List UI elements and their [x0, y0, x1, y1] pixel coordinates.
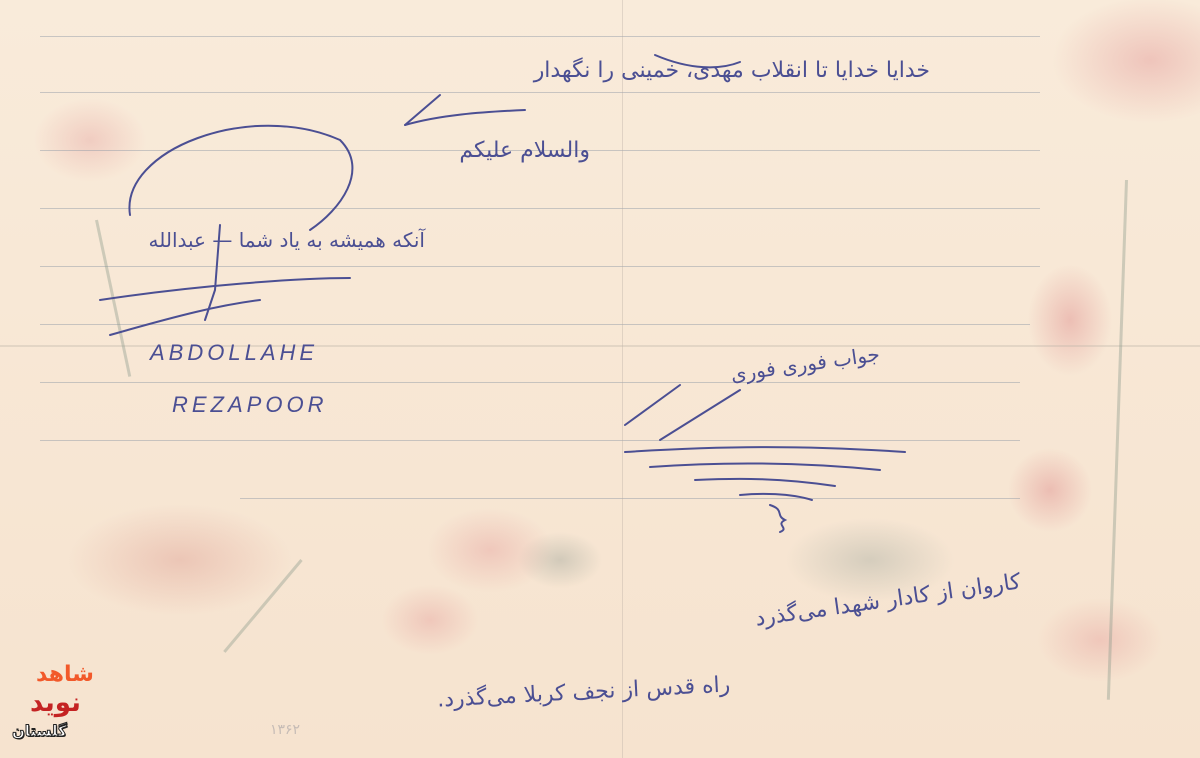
- letter-signature-line: آنکه همیشه به یاد شما — عبدالله: [149, 228, 425, 252]
- latin-first-name: ABDOLLAHE: [150, 340, 318, 366]
- watermark-logo: شاهد نوید گلستان: [8, 662, 120, 752]
- letter-paper: [0, 0, 1200, 758]
- logo-text-middle: نوید: [30, 688, 81, 718]
- paper-fold-vertical: [622, 0, 623, 758]
- letter-greeting: والسلام علیکم: [459, 138, 590, 163]
- logo-text-top: شاهد: [36, 662, 94, 687]
- letter-header-line: خدایا خدایا تا انقلاب مهدی، خمینی را نگه…: [534, 58, 930, 83]
- latin-last-name: REZAPOOR: [172, 392, 327, 418]
- faded-bottom-text: ۱۳۶۲: [270, 722, 300, 738]
- logo-text-bottom: گلستان: [12, 722, 67, 740]
